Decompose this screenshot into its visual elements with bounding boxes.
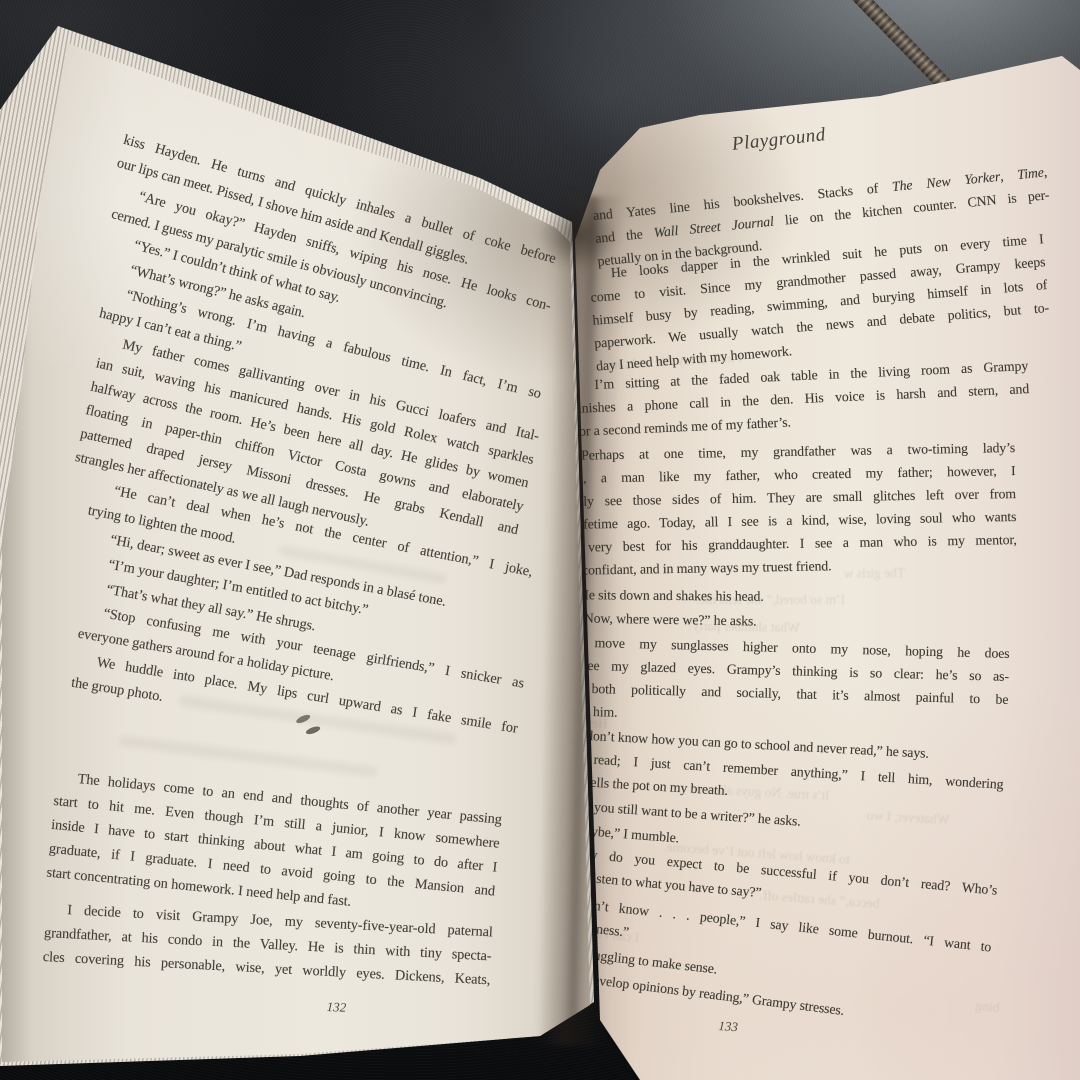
- running-header-title: Playground: [731, 124, 827, 156]
- ink-bleed-smudge: [119, 735, 378, 778]
- body-paragraph: Perhaps at one time, my grandfather was …: [559, 436, 1017, 582]
- body-paragraph: I move my sunglasses higher onto my nose…: [552, 630, 1010, 734]
- spine-crease-shadow: [538, 200, 618, 270]
- show-through-ghost-text: I’m so bored,” she tells me.: [696, 592, 845, 608]
- page-number-right: 133: [718, 1018, 739, 1035]
- photo-of-open-book: JENNIFER SAGINOR 132 kiss Hayden. He tur…: [0, 0, 1080, 1080]
- show-through-ghost-text: bing: [975, 998, 1000, 1016]
- show-through-ghost-text: The girls w: [844, 565, 906, 582]
- page-number-left: 132: [326, 999, 346, 1016]
- show-through-ghost-text: What slumber party?: [687, 618, 800, 636]
